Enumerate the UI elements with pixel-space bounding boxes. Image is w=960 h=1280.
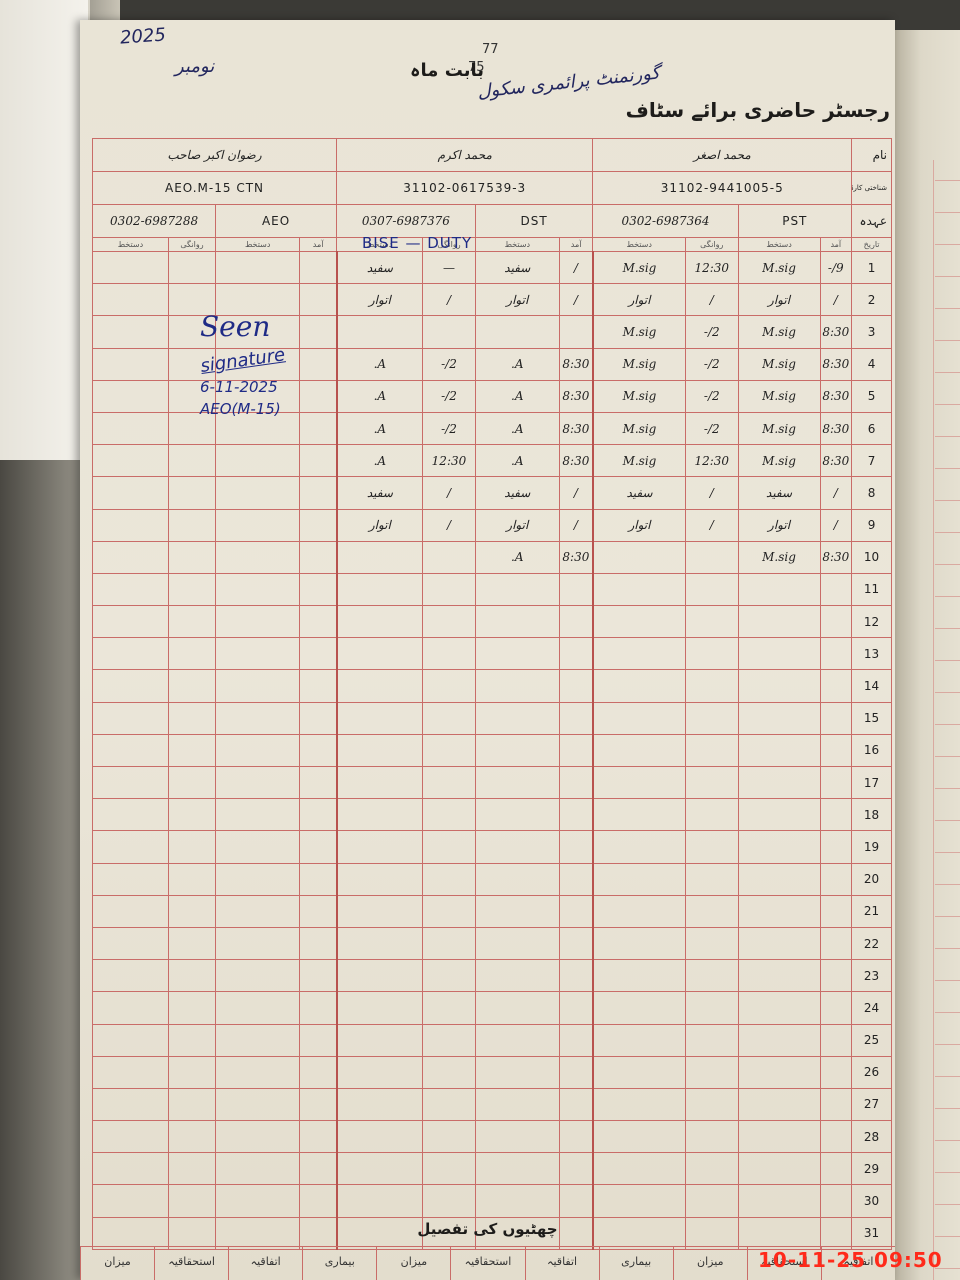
staff-2-cnic: 31102-0617539-3 xyxy=(337,172,593,205)
s3-out-time xyxy=(168,252,215,284)
s2-in-time: / xyxy=(559,477,593,509)
s1-signature-out: M.sig xyxy=(593,348,686,380)
s1-signature-in xyxy=(738,927,820,959)
s2-signature-out xyxy=(337,670,423,702)
s1-out-time xyxy=(686,799,739,831)
s1-in-time xyxy=(820,895,852,927)
s2-signature-out: A. xyxy=(337,412,423,444)
s2-signature-out: اتوار xyxy=(337,509,423,541)
s1-signature-in xyxy=(738,606,820,638)
s3-signature-out xyxy=(93,1024,169,1056)
s2-signature-in: A. xyxy=(475,380,559,412)
s2-out-time xyxy=(423,1024,476,1056)
name-row: نام محمد اصغر محمد اکرم رضوان اکبر صاحب xyxy=(93,139,892,172)
s2-signature-out xyxy=(337,863,423,895)
attendance-row: 25 xyxy=(93,1024,892,1056)
s2-signature-out xyxy=(337,1056,423,1088)
s1-out-time xyxy=(686,1056,739,1088)
s1-out-time xyxy=(686,638,739,670)
attendance-row: 19 xyxy=(93,831,892,863)
s3-in-time xyxy=(300,895,337,927)
s1-signature-out xyxy=(593,767,686,799)
s2-signature-in xyxy=(475,1056,559,1088)
s3-signature-in xyxy=(216,638,300,670)
s2-signature-in xyxy=(475,1088,559,1120)
s2-out-time xyxy=(423,960,476,992)
s2-signature-out xyxy=(337,1121,423,1153)
attendance-table: نام محمد اصغر محمد اکرم رضوان اکبر صاحب … xyxy=(92,138,892,1250)
s3-signature-out xyxy=(93,831,169,863)
s3-in-time xyxy=(300,1024,337,1056)
day-number: 30 xyxy=(852,1185,892,1217)
s2-signature-in: سفید xyxy=(475,252,559,284)
day-number: 20 xyxy=(852,863,892,895)
s2-in-time xyxy=(559,638,593,670)
s1-signature-in xyxy=(738,638,820,670)
s2-signature-in xyxy=(475,1024,559,1056)
day-number: 6 xyxy=(852,412,892,444)
s3-signature-out xyxy=(93,992,169,1024)
s3-signature-out xyxy=(93,477,169,509)
s1-signature-out xyxy=(593,831,686,863)
leave-column-label: بیماری xyxy=(599,1247,673,1280)
staff-1-cnic: 31102-9441005-5 xyxy=(593,172,852,205)
s1-in-time xyxy=(820,606,852,638)
school-name-handwritten: گورنمنٹ پرائمری سکول xyxy=(476,62,661,102)
attendance-row: 21 xyxy=(93,895,892,927)
s2-in-time: 8:30 xyxy=(559,348,593,380)
s3-out-time xyxy=(168,863,215,895)
s2-signature-out xyxy=(337,1153,423,1185)
s3-in-time xyxy=(300,1056,337,1088)
leave-column-label: میزان xyxy=(80,1247,154,1280)
s1-in-time xyxy=(820,638,852,670)
s3-signature-out xyxy=(93,734,169,766)
s3-signature-out xyxy=(93,863,169,895)
s3-signature-out xyxy=(93,767,169,799)
s2-in-time xyxy=(559,927,593,959)
officer-signature: signature xyxy=(199,338,331,377)
s3-out-time xyxy=(168,799,215,831)
s3-signature-in xyxy=(216,863,300,895)
s1-signature-out: M.sig xyxy=(593,252,686,284)
s1-signature-in xyxy=(738,1056,820,1088)
s2-signature-out xyxy=(337,1024,423,1056)
day-number: 21 xyxy=(852,895,892,927)
attendance-row: 26 xyxy=(93,1056,892,1088)
s2-out-time xyxy=(423,1185,476,1217)
s1-sig-in-header: دستخط xyxy=(738,238,820,252)
s3-signature-in xyxy=(216,509,300,541)
title-printed: رجسٹر حاضری برائے سٹاف xyxy=(626,98,890,122)
s2-signature-in xyxy=(475,638,559,670)
s2-signature-in: A. xyxy=(475,412,559,444)
s1-signature-out xyxy=(593,638,686,670)
attendance-row: 108:30M.sig8:30A. xyxy=(93,541,892,573)
s1-signature-in xyxy=(738,863,820,895)
s2-signature-in: سفید xyxy=(475,477,559,509)
s1-signature-out xyxy=(593,1153,686,1185)
s1-in-time xyxy=(820,767,852,799)
s1-out-time xyxy=(686,702,739,734)
day-number: 1 xyxy=(852,252,892,284)
s2-signature-out xyxy=(337,734,423,766)
s2-out-time xyxy=(423,863,476,895)
s3-out-time xyxy=(168,767,215,799)
s2-signature-in xyxy=(475,1185,559,1217)
s3-signature-in xyxy=(216,573,300,605)
s2-signature-in: A. xyxy=(475,541,559,573)
s2-out-time xyxy=(423,831,476,863)
s2-out-time xyxy=(423,895,476,927)
s3-signature-out xyxy=(93,1185,169,1217)
attendance-register-page: 77 75 رجسٹر حاضری برائے سٹاف گورنمنٹ پرا… xyxy=(80,20,895,1280)
s3-signature-out xyxy=(93,380,169,412)
day-number: 14 xyxy=(852,670,892,702)
s1-in-time xyxy=(820,702,852,734)
s1-in-time: / xyxy=(820,509,852,541)
s2-signature-in xyxy=(475,992,559,1024)
s3-signature-in xyxy=(216,992,300,1024)
s3-out-time xyxy=(168,541,215,573)
s2-out-time xyxy=(423,1121,476,1153)
s3-sig-in-header: دستخط xyxy=(216,238,300,252)
s1-signature-out: M.sig xyxy=(593,412,686,444)
s2-out-time: / xyxy=(423,509,476,541)
attendance-row: 15 xyxy=(93,702,892,734)
s3-signature-out xyxy=(93,638,169,670)
s2-out-time xyxy=(423,670,476,702)
day-number: 8 xyxy=(852,477,892,509)
s3-signature-in xyxy=(216,1153,300,1185)
s2-signature-out: A. xyxy=(337,380,423,412)
s2-signature-in xyxy=(475,767,559,799)
s1-signature-out xyxy=(593,573,686,605)
designation-row: عہدہ PST 0302-6987364 DST 0307-6987376 A… xyxy=(93,205,892,238)
s2-in-time xyxy=(559,960,593,992)
s2-out-time xyxy=(423,573,476,605)
staff-3-name: رضوان اکبر صاحب xyxy=(93,139,337,172)
s1-in-time: / xyxy=(820,284,852,316)
s1-out-time: / xyxy=(686,509,739,541)
leave-column-label: اتفاقیہ xyxy=(228,1247,302,1280)
day-number: 19 xyxy=(852,831,892,863)
s2-signature-out xyxy=(337,799,423,831)
s2-signature-out xyxy=(337,960,423,992)
day-number: 24 xyxy=(852,992,892,1024)
s1-in-time xyxy=(820,992,852,1024)
s1-signature-in xyxy=(738,1121,820,1153)
attendance-row: 13 xyxy=(93,638,892,670)
s1-signature-in xyxy=(738,992,820,1024)
s1-in-time xyxy=(820,1153,852,1185)
s3-signature-out xyxy=(93,412,169,444)
s2-in-time xyxy=(559,316,593,348)
s2-out-time xyxy=(423,734,476,766)
s1-signature-in xyxy=(738,831,820,863)
day-number: 15 xyxy=(852,702,892,734)
s3-out-time xyxy=(168,606,215,638)
s3-signature-out xyxy=(93,702,169,734)
s1-signature-out xyxy=(593,541,686,573)
s3-in-time xyxy=(300,606,337,638)
day-number: 7 xyxy=(852,445,892,477)
s3-out-time xyxy=(168,702,215,734)
s1-out-time xyxy=(686,960,739,992)
s1-in-header: آمد xyxy=(820,238,852,252)
attendance-row: 30 xyxy=(93,1185,892,1217)
s3-signature-in xyxy=(216,252,300,284)
s2-signature-out: سفید xyxy=(337,477,423,509)
s3-signature-in xyxy=(216,1024,300,1056)
s3-in-time xyxy=(300,927,337,959)
s2-in-time: / xyxy=(559,284,593,316)
s3-signature-out xyxy=(93,1121,169,1153)
s3-signature-in xyxy=(216,702,300,734)
s1-out-time xyxy=(686,1153,739,1185)
s2-signature-in xyxy=(475,927,559,959)
s3-signature-out xyxy=(93,284,169,316)
attendance-row: 18 xyxy=(93,799,892,831)
s1-signature-in: اتوار xyxy=(738,284,820,316)
s3-out-time xyxy=(168,1088,215,1120)
attendance-table-wrapper: نام محمد اصغر محمد اکرم رضوان اکبر صاحب … xyxy=(92,138,892,1218)
staff-1-phone: 0302-6987364 xyxy=(593,205,738,238)
s1-out-time xyxy=(686,927,739,959)
s3-in-header: آمد xyxy=(300,238,337,252)
day-number: 27 xyxy=(852,1088,892,1120)
attendance-row: 22 xyxy=(93,927,892,959)
s1-signature-in: M.sig xyxy=(738,412,820,444)
s2-out-time xyxy=(423,541,476,573)
cnic-label: شناختی کارڈ نمبر xyxy=(852,172,892,205)
day-number: 18 xyxy=(852,799,892,831)
s2-in-time xyxy=(559,1121,593,1153)
day-number: 16 xyxy=(852,734,892,766)
s1-signature-in: M.sig xyxy=(738,541,820,573)
s3-in-time xyxy=(300,1121,337,1153)
s1-in-time xyxy=(820,1121,852,1153)
staff-2-designation: DST xyxy=(475,205,593,238)
s1-out-time xyxy=(686,895,739,927)
s3-sig-out-header: دستخط xyxy=(93,238,169,252)
s2-out-time xyxy=(423,767,476,799)
s2-in-time xyxy=(559,895,593,927)
day-number: 26 xyxy=(852,1056,892,1088)
s2-signature-out xyxy=(337,638,423,670)
s2-signature-out xyxy=(337,573,423,605)
attendance-row: 17 xyxy=(93,767,892,799)
s3-signature-in xyxy=(216,670,300,702)
s2-signature-in xyxy=(475,606,559,638)
s3-out-time xyxy=(168,831,215,863)
day-number: 2 xyxy=(852,284,892,316)
s2-in-time: / xyxy=(559,509,593,541)
s2-out-time xyxy=(423,992,476,1024)
s1-signature-out: سفید xyxy=(593,477,686,509)
s3-signature-out xyxy=(93,445,169,477)
s2-out-time xyxy=(423,316,476,348)
s3-signature-out xyxy=(93,1056,169,1088)
s1-out-time xyxy=(686,863,739,895)
s3-signature-in xyxy=(216,831,300,863)
s1-out-time xyxy=(686,992,739,1024)
s2-signature-out xyxy=(337,927,423,959)
s1-in-time xyxy=(820,734,852,766)
s3-out-time xyxy=(168,992,215,1024)
s1-signature-out xyxy=(593,702,686,734)
s1-signature-in xyxy=(738,734,820,766)
s2-out-time: — xyxy=(423,252,476,284)
s2-in-time: 8:30 xyxy=(559,380,593,412)
s1-signature-out xyxy=(593,927,686,959)
attendance-row: 29 xyxy=(93,1153,892,1185)
s2-signature-out xyxy=(337,767,423,799)
register-title: رجسٹر حاضری برائے سٹاف گورنمنٹ پرائمری س… xyxy=(100,72,890,142)
adjacent-register-page xyxy=(895,30,960,1280)
s1-in-time: 8:30 xyxy=(820,316,852,348)
s3-in-time xyxy=(300,863,337,895)
s3-signature-in xyxy=(216,895,300,927)
s2-in-time xyxy=(559,1024,593,1056)
s2-signature-out: A. xyxy=(337,348,423,380)
leave-column-label: استحقاقیہ xyxy=(450,1247,524,1280)
day-number: 13 xyxy=(852,638,892,670)
s1-signature-in xyxy=(738,670,820,702)
s2-out-time xyxy=(423,1056,476,1088)
s1-signature-in xyxy=(738,1088,820,1120)
s3-signature-in xyxy=(216,927,300,959)
s1-signature-in xyxy=(738,1185,820,1217)
s1-out-time xyxy=(686,1088,739,1120)
s1-signature-out xyxy=(593,670,686,702)
s2-sig-in-header: دستخط xyxy=(475,238,559,252)
s2-signature-out: اتوار xyxy=(337,284,423,316)
s2-in-time: 8:30 xyxy=(559,445,593,477)
s1-signature-out: M.sig xyxy=(593,445,686,477)
s3-out-time xyxy=(168,1153,215,1185)
s3-out-time xyxy=(168,670,215,702)
s1-out-time: / xyxy=(686,284,739,316)
stacked-papers xyxy=(0,0,90,460)
s3-out-time xyxy=(168,638,215,670)
s1-signature-out: اتوار xyxy=(593,509,686,541)
day-number: 3 xyxy=(852,316,892,348)
s2-in-header: آمد xyxy=(559,238,593,252)
s3-in-time xyxy=(300,1088,337,1120)
camera-timestamp: 10-11-25 09:50 xyxy=(758,1248,943,1272)
s2-signature-out xyxy=(337,702,423,734)
s3-signature-in xyxy=(216,1056,300,1088)
s3-in-time xyxy=(300,992,337,1024)
day-number: 5 xyxy=(852,380,892,412)
s1-sig-out-header: دستخط xyxy=(593,238,686,252)
s3-signature-in xyxy=(216,1121,300,1153)
leave-details-title: چھٹیوں کی تفصیل xyxy=(80,1220,895,1238)
s3-signature-out xyxy=(93,509,169,541)
bise-duty-note: BISE — DUTY xyxy=(362,234,472,252)
s3-in-time xyxy=(300,509,337,541)
s1-out-time xyxy=(686,734,739,766)
s3-in-time xyxy=(300,252,337,284)
s1-signature-in xyxy=(738,799,820,831)
s2-signature-out xyxy=(337,831,423,863)
s2-out-time: 2/- xyxy=(423,348,476,380)
s1-signature-in: M.sig xyxy=(738,316,820,348)
s2-in-time xyxy=(559,831,593,863)
s2-signature-in xyxy=(475,573,559,605)
s2-signature-in xyxy=(475,316,559,348)
s2-signature-out xyxy=(337,316,423,348)
s1-in-time xyxy=(820,1088,852,1120)
s2-signature-in: اتوار xyxy=(475,284,559,316)
s1-signature-in xyxy=(738,767,820,799)
s2-in-time xyxy=(559,992,593,1024)
s3-signature-in xyxy=(216,734,300,766)
s3-signature-in xyxy=(216,799,300,831)
s3-in-time xyxy=(300,1185,337,1217)
s3-out-time xyxy=(168,509,215,541)
s3-signature-out xyxy=(93,316,169,348)
day-number: 25 xyxy=(852,1024,892,1056)
day-number: 4 xyxy=(852,348,892,380)
staff-3-phone: 0302-6987288 xyxy=(93,205,216,238)
s1-out-time: 12:30 xyxy=(686,252,739,284)
staff-3-cnic: AEO.M-15 CTN xyxy=(93,172,337,205)
s3-signature-out xyxy=(93,606,169,638)
s1-out-time: 2/- xyxy=(686,316,739,348)
s1-signature-in: M.sig xyxy=(738,252,820,284)
s2-out-time xyxy=(423,1088,476,1120)
s2-in-time xyxy=(559,734,593,766)
month-handwritten: نومبر xyxy=(175,56,214,77)
s2-signature-out: سفید xyxy=(337,252,423,284)
s2-signature-in xyxy=(475,831,559,863)
attendance-row: 9/اتوار/اتوار/اتوار/اتوار xyxy=(93,509,892,541)
s3-signature-out xyxy=(93,252,169,284)
s1-in-time xyxy=(820,863,852,895)
attendance-row: 11 xyxy=(93,573,892,605)
s1-signature-in: M.sig xyxy=(738,445,820,477)
s3-in-time xyxy=(300,670,337,702)
s1-signature-in xyxy=(738,960,820,992)
staff-2-phone: 0307-6987376 xyxy=(337,205,476,238)
s3-in-time xyxy=(300,573,337,605)
s1-out-time xyxy=(686,1121,739,1153)
s2-out-time xyxy=(423,638,476,670)
day-number: 29 xyxy=(852,1153,892,1185)
designation-label: عہدہ xyxy=(852,205,892,238)
s1-signature-in: سفید xyxy=(738,477,820,509)
s3-out-header: روانگی xyxy=(168,238,215,252)
s1-signature-out xyxy=(593,1185,686,1217)
s1-in-time: 8:30 xyxy=(820,541,852,573)
s1-signature-in xyxy=(738,573,820,605)
s1-signature-out xyxy=(593,1024,686,1056)
s2-in-time xyxy=(559,573,593,605)
s3-in-time xyxy=(300,960,337,992)
s3-signature-out xyxy=(93,670,169,702)
s3-signature-out xyxy=(93,573,169,605)
s2-signature-out xyxy=(337,541,423,573)
cnic-row: شناختی کارڈ نمبر 31102-9441005-5 31102-0… xyxy=(93,172,892,205)
s1-in-time: 8:30 xyxy=(820,380,852,412)
s2-in-time xyxy=(559,702,593,734)
s3-signature-in xyxy=(216,1185,300,1217)
s2-signature-in: اتوار xyxy=(475,509,559,541)
s2-out-time: 2/- xyxy=(423,380,476,412)
s2-out-time: 12:30 xyxy=(423,445,476,477)
